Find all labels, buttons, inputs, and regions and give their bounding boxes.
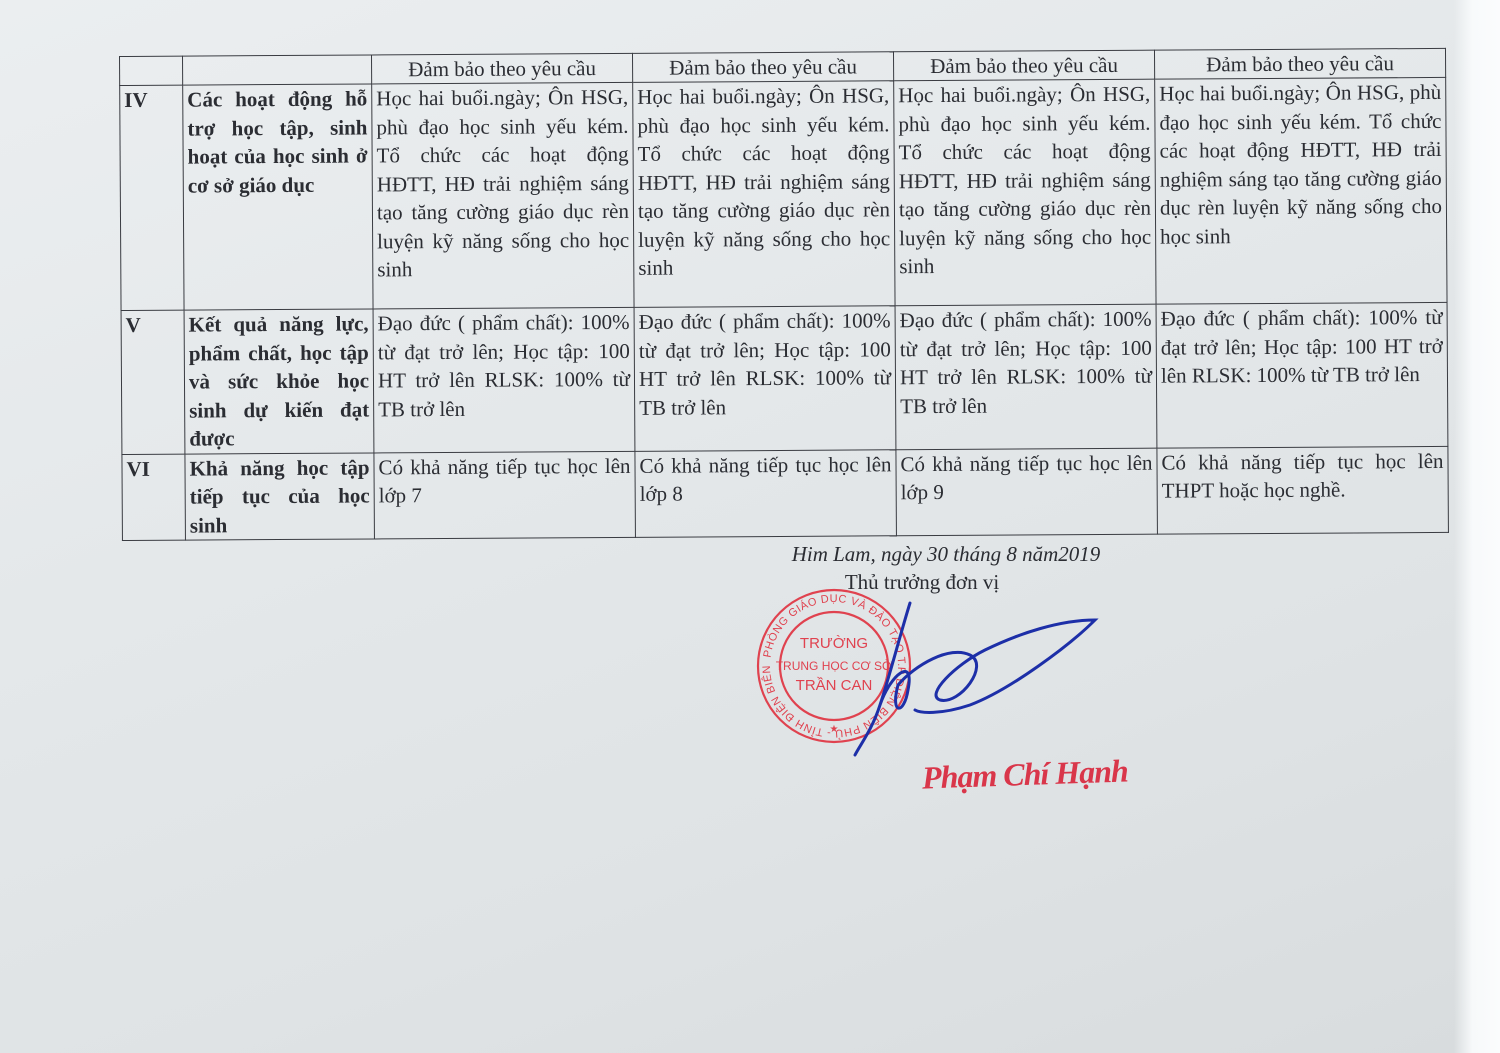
grade-9-cell: Đảm bảo theo yêu cầu <box>1154 48 1445 79</box>
signer-name: Phạm Chí Hạnh <box>921 752 1128 796</box>
table-row: IV Các hoạt động hỗ trợ học tập, sinh ho… <box>120 77 1447 310</box>
grade-6-cell: Đảm bảo theo yêu cầu <box>371 53 632 84</box>
criterion-cell: Khả năng học tập tiếp tục của học sinh <box>185 452 375 540</box>
grade-8-cell: Có khả năng tiếp tục học lên lớp 9 <box>896 448 1158 536</box>
row-number <box>120 56 183 85</box>
table-row: V Kết quả năng lực, phẩm chất, học tập v… <box>121 302 1448 454</box>
grade-7-cell: Có khả năng tiếp tục học lên lớp 8 <box>635 449 897 537</box>
grade-9-cell: Đạo đức ( phẩm chất): 100% từ đạt trở lê… <box>1156 302 1448 447</box>
grade-7-cell: Đảm bảo theo yêu cầu <box>632 52 893 83</box>
handwritten-signature-icon <box>820 595 1120 765</box>
criterion-cell: Các hoạt động hỗ trợ học tập, sinh hoạt … <box>183 84 373 310</box>
grade-7-cell: Học hai buổi.ngày; Ôn HSG, phù đạo học s… <box>633 81 895 308</box>
criterion-cell: Kết quả năng lực, phẩm chất, học tập và … <box>184 309 374 454</box>
table-row: VI Khả năng học tập tiếp tục của học sin… <box>122 446 1449 541</box>
grade-8-cell: Đạo đức ( phẩm chất): 100% từ đạt trở lê… <box>895 304 1157 449</box>
education-plan-table: Đảm bảo theo yêu cầu Đảm bảo theo yêu cầ… <box>119 48 1449 541</box>
grade-7-cell: Đạo đức ( phẩm chất): 100% từ đạt trở lê… <box>634 306 896 451</box>
criterion-cell <box>183 55 372 85</box>
grade-6-cell: Đạo đức ( phẩm chất): 100% từ đạt trở lê… <box>373 307 635 452</box>
row-number: V <box>121 310 185 454</box>
place-date: Him Lam, ngày 30 tháng 8 năm2019 <box>736 540 1156 568</box>
row-number: VI <box>122 454 186 541</box>
grade-9-cell: Học hai buổi.ngày; Ôn HSG, phù đạo học s… <box>1155 77 1447 304</box>
grade-8-cell: Đảm bảo theo yêu cầu <box>893 50 1154 81</box>
grade-9-cell: Có khả năng tiếp tục học lên THPT hoặc h… <box>1157 446 1449 534</box>
grade-8-cell: Học hai buổi.ngày; Ôn HSG, phù đạo học s… <box>894 79 1156 306</box>
row-number: IV <box>120 85 184 310</box>
paper-edge <box>1454 0 1500 1053</box>
grade-6-cell: Có khả năng tiếp tục học lên lớp 7 <box>374 451 636 539</box>
grade-6-cell: Học hai buổi.ngày; Ôn HSG, phù đạo học s… <box>372 82 634 309</box>
